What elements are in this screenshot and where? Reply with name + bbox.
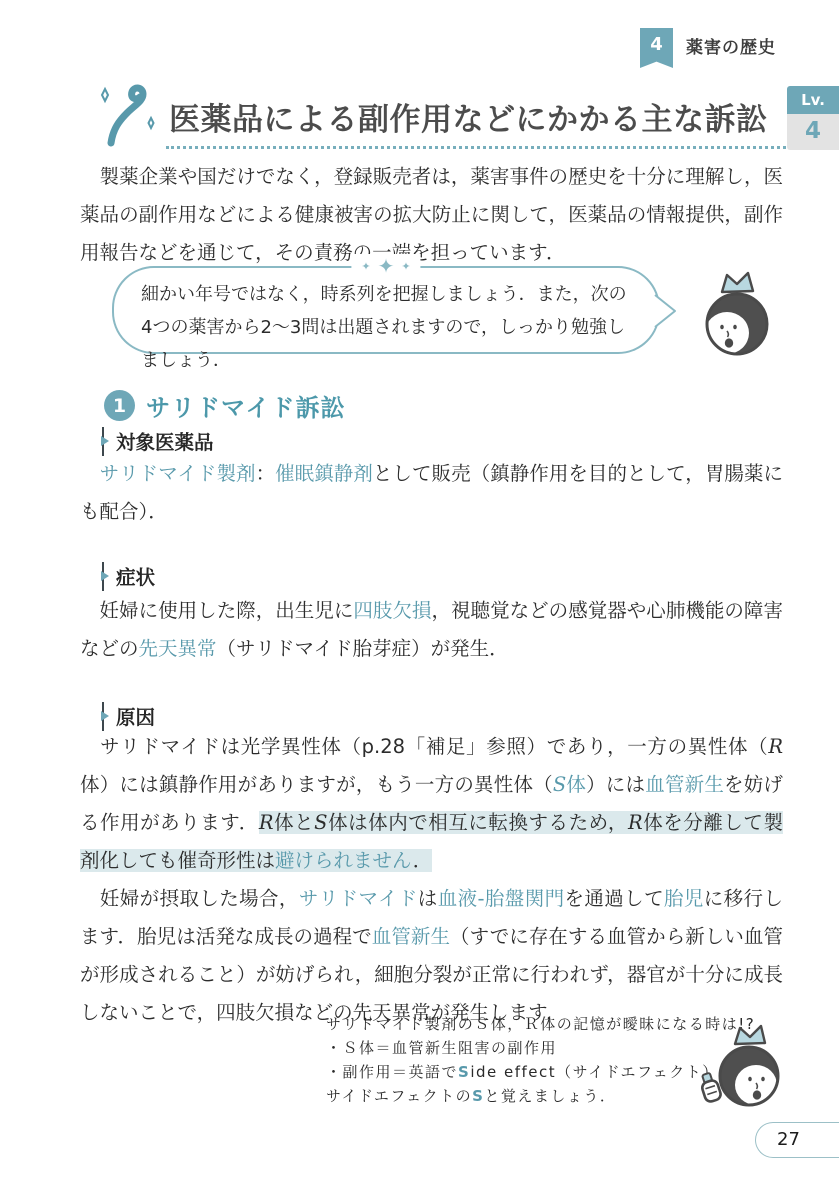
- level-label: Lv.: [787, 86, 839, 114]
- mascot-character: [694, 1020, 790, 1114]
- mascot-character: [698, 266, 776, 358]
- textbook-page: 4 薬害の歴史 Lv. 4 医薬品による副作用などにかかる主な訴訟 製薬企業や国…: [0, 0, 839, 1190]
- cause-paragraph-1: サリドマイドは光学異性体（p.28「補足」参照）であり，一方の異性体（R体）には…: [80, 728, 783, 880]
- sparkle-icon: ✦: [378, 254, 395, 278]
- subsection-label: 症状: [116, 562, 155, 590]
- magic-staff-icon: [96, 80, 162, 154]
- note-line: ・Ｓ体＝血管新生阻害の副作用: [326, 1036, 755, 1060]
- cause-paragraph-2: 妊婦が摂取した場合，サリドマイドは血液-胎盤関門を通過して胎児に移行します．胎児…: [80, 880, 783, 1032]
- chapter-title: 薬害の歴史: [686, 33, 776, 58]
- page-number: 27: [755, 1122, 839, 1158]
- cause-paragraphs: サリドマイドは光学異性体（p.28「補足」参照）であり，一方の異性体（R体）には…: [80, 728, 783, 1032]
- subsection-title-cause: 原因: [100, 702, 155, 730]
- bubble-tail-icon: [654, 294, 678, 328]
- subsection-label: 原因: [116, 702, 155, 730]
- level-value: 4: [787, 114, 839, 150]
- subsection-marker-icon: [100, 563, 109, 590]
- note-line: サイドエフェクトのSと覚えましょう．: [326, 1084, 755, 1108]
- sparkle-icon: ✦: [361, 260, 370, 273]
- subsection-title-symptoms: 症状: [100, 562, 155, 590]
- subsection-marker-icon: [100, 428, 109, 455]
- level-badge: Lv. 4: [787, 86, 839, 150]
- intro-paragraph: 製薬企業や国だけでなく，登録販売者は，薬害事件の歴史を十分に理解し，医薬品の副作…: [80, 158, 783, 272]
- section-heading: 1 サリドマイド訴訟: [104, 388, 346, 423]
- chapter-tab-badge: 4: [640, 28, 673, 68]
- subsection-label: 対象医薬品: [116, 427, 214, 455]
- section-title: サリドマイド訴訟: [146, 388, 346, 423]
- speech-bubble-text: 細かい年号ではなく，時系列を把握しましょう．また，次の4つの薬害から2〜3問は出…: [114, 268, 658, 377]
- target-drug-paragraph: サリドマイド製剤：催眠鎮静剤として販売（鎮静作用を目的として，胃腸薬にも配合）．: [80, 455, 783, 531]
- subsection-title-target-drug: 対象医薬品: [100, 427, 214, 455]
- sparkle-icons: ✦ ✦ ✦: [351, 254, 420, 278]
- page-title: 医薬品による副作用などにかかる主な訴訟: [169, 94, 768, 139]
- note-line: ・副作用＝英語でSide effect（サイドエフェクト）: [326, 1060, 755, 1084]
- subsection-marker-icon: [100, 703, 109, 730]
- title-underline: [166, 146, 786, 149]
- sparkle-icon: ✦: [401, 260, 410, 273]
- note-line: サリドマイド製剤のＳ体，Ｒ体の記憶が曖昧になる時は!?: [326, 1012, 755, 1036]
- section-number-badge: 1: [104, 390, 135, 421]
- speech-bubble: ✦ ✦ ✦ 細かい年号ではなく，時系列を把握しましょう．また，次の4つの薬害から…: [112, 266, 660, 354]
- symptoms-paragraph: 妊婦に使用した際，出生児に四肢欠損，視聴覚などの感覚器や心肺機能の障害などの先天…: [80, 592, 783, 668]
- memory-note: サリドマイド製剤のＳ体，Ｒ体の記憶が曖昧になる時は!? ・Ｓ体＝血管新生阻害の副…: [326, 1012, 755, 1108]
